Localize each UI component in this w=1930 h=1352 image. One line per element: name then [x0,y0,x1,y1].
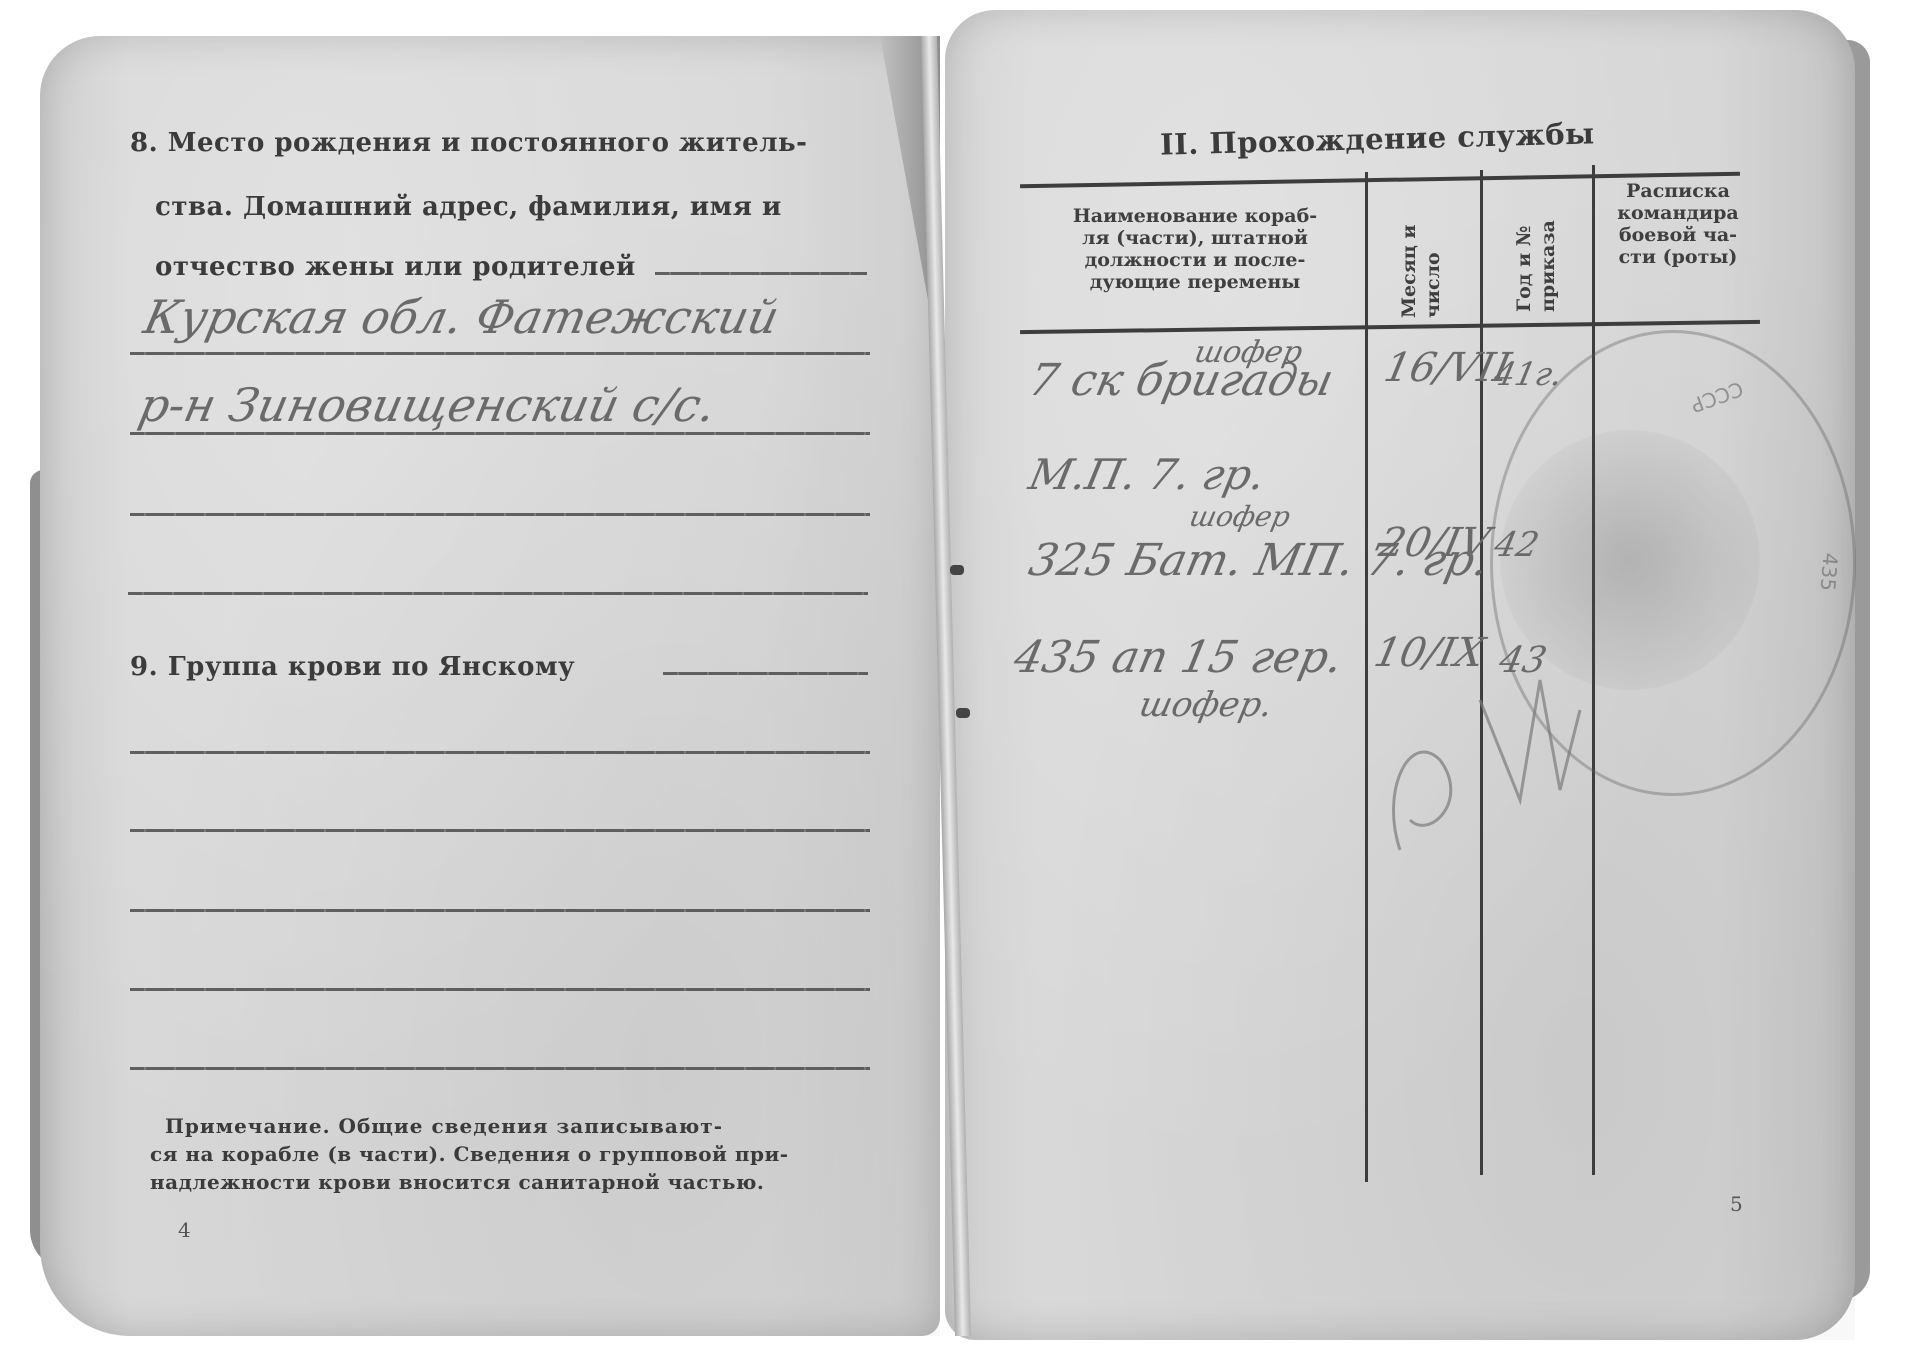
note-line2: ся на корабле (в части). Сведения о груп… [150,1142,789,1166]
row2-unit: М.П. 7. гр. [1025,450,1270,499]
staple-bottom [956,708,970,718]
page-number-right: 5 [1730,1192,1743,1216]
header-month-day: Месяц и число [1397,225,1445,318]
handwritten-address-line2: р-н Зиновищенский с/с. [134,378,720,432]
commander-signature-scribble [1370,640,1600,860]
header-unit-line2: ля (части), штатной [1030,227,1360,249]
row3-date: 20/IV [1375,520,1494,566]
item8-line1: 8. Место рождения и постоянного житель- [130,128,807,158]
header-year-order: Год и № приказа [1512,220,1560,312]
row4-unit: 435 ап 15 гер. [1010,632,1348,683]
blood-rule-5 [130,1067,870,1070]
header-unit-line4: дующие перемены [1030,271,1360,293]
row3-position: шофер [1186,500,1293,533]
address-rule-4 [128,592,868,595]
column-divider-1 [1365,172,1368,1182]
row1-year: 41г. [1491,355,1566,393]
item8-rule-inline [655,272,867,275]
header-unit-line1: Наименование кораб- [1030,205,1360,227]
left-page [40,36,940,1336]
item8-line3: отчество жены или родителей [155,252,636,282]
row3-year: 42 [1491,525,1543,565]
address-rule-2 [130,432,870,435]
stamp-text-side: 435 [1815,552,1842,592]
row1-position: шофер [1191,335,1305,370]
blood-rule-1 [130,751,870,754]
blood-rule-2 [130,829,870,832]
header-commander-signature: Расписка командира боевой ча- сти (роты) [1598,180,1758,268]
note-line1: Примечание. Общие сведения записывают- [165,1114,723,1138]
handwritten-address-line1: Курская обл. Фатежский [139,290,783,344]
header-unit-line3: должности и после- [1030,249,1360,271]
address-rule-1 [130,352,870,355]
blood-rule-3 [130,909,870,912]
item8-line2: ства. Домашний адрес, фамилия, имя и [155,192,782,222]
note-line3: надлежности крови вносится санитарной ча… [150,1170,764,1194]
item9-label: 9. Группа крови по Янскому [130,652,575,682]
address-rule-3 [130,513,870,516]
row4-position: шофер. [1136,685,1276,725]
blood-rule-4 [130,988,870,991]
header-unit-name: Наименование кораб- ля (части), штатной … [1030,205,1360,293]
blood-group-field [663,672,868,675]
page-number-left: 4 [178,1218,191,1242]
staple-top [950,565,964,575]
